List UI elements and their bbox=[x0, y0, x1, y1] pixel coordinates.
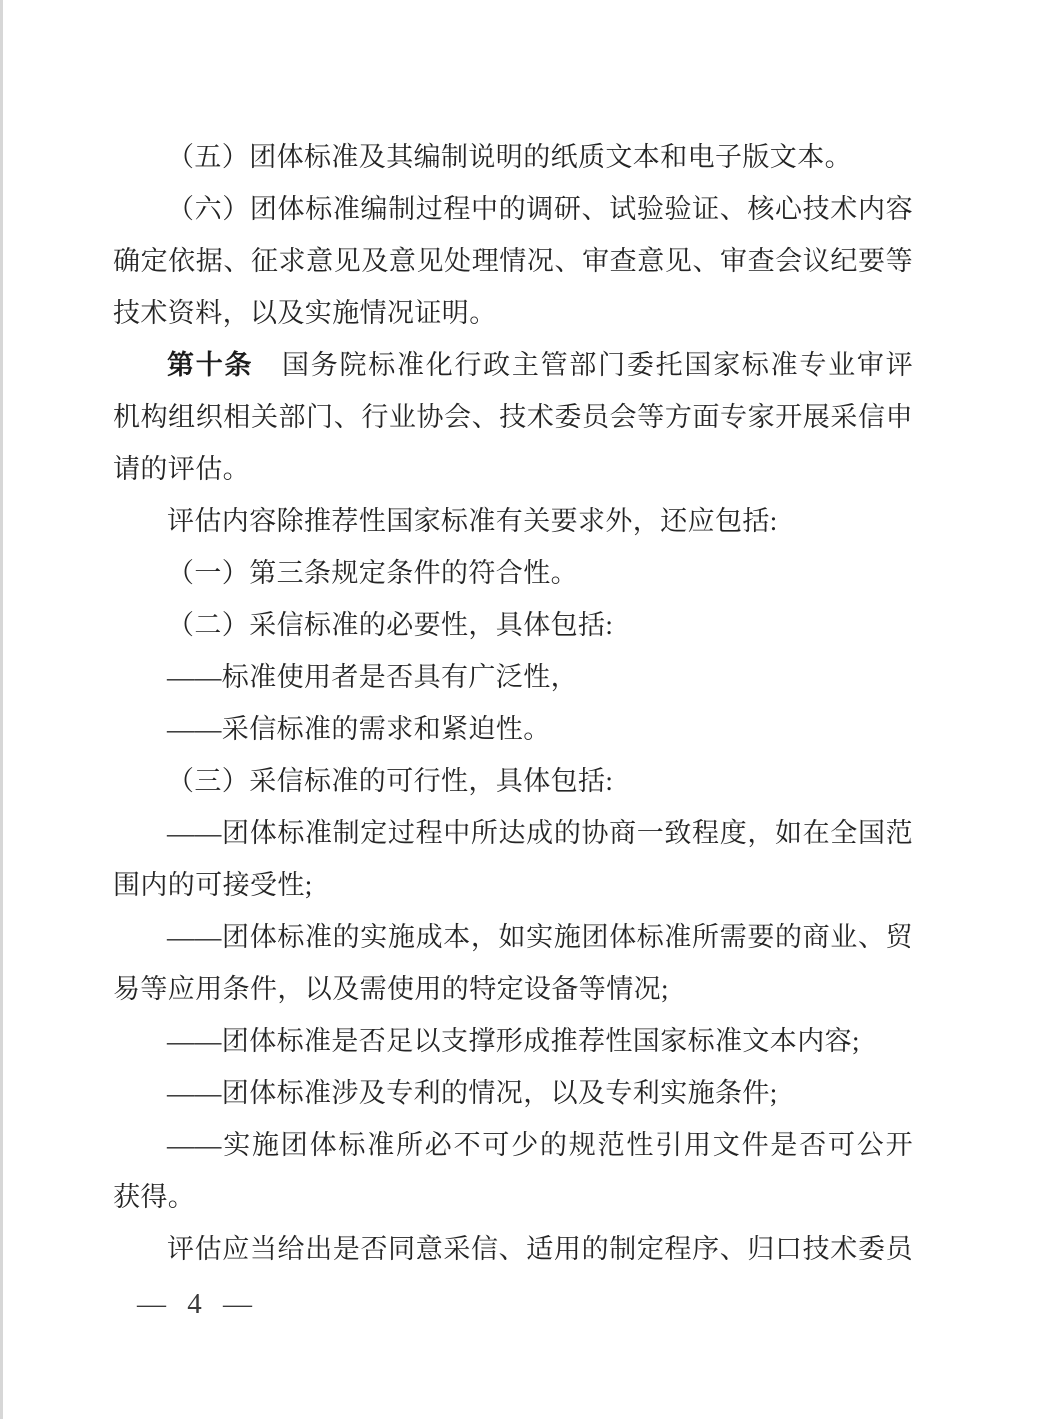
text-line: （一）第三条规定条件的符合性。 bbox=[113, 547, 913, 599]
text-line: 围内的可接受性; bbox=[113, 859, 913, 911]
text-line: 机构组织相关部门、行业协会、技术委员会等方面专家开展采信申 bbox=[113, 391, 913, 443]
text-line: 请的评估。 bbox=[113, 443, 913, 495]
text-line: （三）采信标准的可行性，具体包括: bbox=[113, 755, 913, 807]
text-line: 确定依据、征求意见及意见处理情况、审查意见、审查会议纪要等 bbox=[113, 235, 913, 287]
text-line: ——标准使用者是否具有广泛性， bbox=[113, 651, 913, 703]
text-line: ——实施团体标准所必不可少的规范性引用文件是否可公开 bbox=[113, 1119, 913, 1171]
text-line: ——团体标准的实施成本，如实施团体标准所需要的商业、贸 bbox=[113, 911, 913, 963]
text-line: 第十条 国务院标准化行政主管部门委托国家标准专业审评 bbox=[113, 339, 913, 391]
article-number: 第十条 bbox=[167, 350, 253, 380]
scan-edge-line bbox=[0, 0, 3, 1419]
page-number: — 4 — bbox=[137, 1281, 255, 1327]
text-line: 易等应用条件，以及需使用的特定设备等情况; bbox=[113, 963, 913, 1015]
document-body: （五）团体标准及其编制说明的纸质文本和电子版文本。（六）团体标准编制过程中的调研… bbox=[113, 131, 913, 1275]
text-line: 获得。 bbox=[113, 1171, 913, 1223]
text-line: 技术资料，以及实施情况证明。 bbox=[113, 287, 913, 339]
text-line: （六）团体标准编制过程中的调研、试验验证、核心技术内容 bbox=[113, 183, 913, 235]
scanned-document-page: （五）团体标准及其编制说明的纸质文本和电子版文本。（六）团体标准编制过程中的调研… bbox=[0, 0, 1041, 1419]
text-line: ——团体标准是否足以支撑形成推荐性国家标准文本内容; bbox=[113, 1015, 913, 1067]
text-line: （五）团体标准及其编制说明的纸质文本和电子版文本。 bbox=[113, 131, 913, 183]
text-line: 评估应当给出是否同意采信、适用的制定程序、归口技术委员 bbox=[113, 1223, 913, 1275]
text-line: ——团体标准制定过程中所达成的协商一致程度，如在全国范 bbox=[113, 807, 913, 859]
text-line: ——采信标准的需求和紧迫性。 bbox=[113, 703, 913, 755]
text-line: ——团体标准涉及专利的情况，以及专利实施条件; bbox=[113, 1067, 913, 1119]
text-line: 评估内容除推荐性国家标准有关要求外，还应包括: bbox=[113, 495, 913, 547]
text-line: （二）采信标准的必要性，具体包括: bbox=[113, 599, 913, 651]
